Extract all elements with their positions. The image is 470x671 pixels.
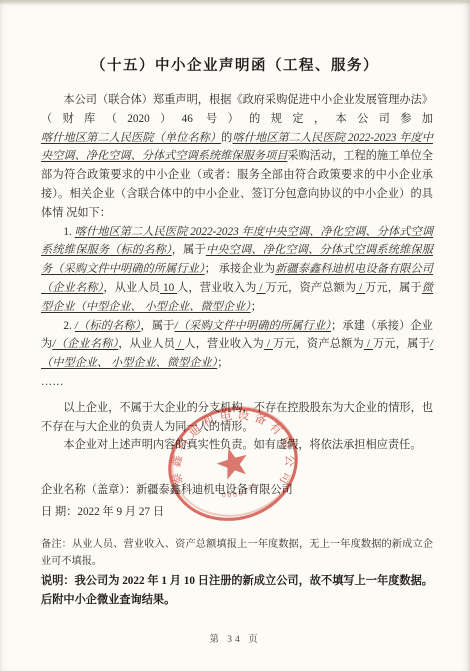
ellipsis-line: …… [41, 373, 433, 392]
static-text: ，属于 [141, 320, 175, 332]
static-text: ； 承接企业为 [205, 263, 276, 275]
static-text: 万元，资产总额为 [265, 282, 356, 294]
filled-field: 喀什地区第二人民医院（单位名称） [41, 132, 221, 144]
filled-field: /（采购文件中明确的所属行业） [175, 320, 332, 332]
closing-paragraph-2: 本企业对上述声明内容的真实性负责。如有虚假，将依法承担相应责任。 [41, 436, 433, 455]
explanation-note: 说明：我公司为 2022 年 1 月 10 日注册的新成立公司，故不填写上一年度… [41, 572, 433, 609]
static-text: 人，营业收入为 [184, 338, 264, 350]
filled-field: / [175, 338, 184, 350]
filled-field: / [264, 338, 273, 350]
remark-note: 备注：从业人员、营业收入、资产总额填报上一年度数据，无上一年度数据的新成立企业可… [41, 537, 433, 570]
document-body: 本公司（联合体）郑重声明，根据《政府采购促进中小企业发展管理办法》（财库（202… [41, 91, 433, 455]
page-title: （十五）中小企业声明函（工程、服务） [40, 54, 430, 75]
filled-field: / [356, 282, 365, 294]
static-text: 本公司（联合体）郑重声明，根据《政府采购促进中小企业发展管理办法》（财库（202… [41, 94, 433, 125]
static-text: 2. [63, 320, 74, 332]
filled-field: /（标的名称） [75, 320, 141, 332]
company-name-line: 企业名称（盖章）：新疆泰鑫科迪机电设备有限公司 [41, 479, 433, 501]
filled-field: / [364, 338, 373, 350]
static-text: ； [251, 301, 262, 313]
page-number-footer: 第 34 页 [0, 631, 470, 645]
filled-field: 10 [160, 282, 177, 294]
closing-paragraph-1: 以上企业，不属于大企业的分支机构，不存在控股股东为大企业的情形，也不存在与大企业… [41, 399, 433, 437]
intro-paragraph: 本公司（联合体）郑重声明，根据《政府采购促进中小企业发展管理办法》（财库（202… [41, 91, 433, 223]
static-text: ，属于 [172, 244, 206, 256]
static-text: ，从业人员 [118, 338, 175, 350]
notes-block: 备注：从业人员、营业收入、资产总额填报上一年度数据，无上一年度数据的新成立企业可… [41, 537, 433, 609]
item-2-paragraph: 2. /（标的名称），属于/（采购文件中明确的所属行业）；承建（承接）企业为/（… [41, 317, 433, 373]
static-text: 万元，属于 [373, 338, 430, 350]
static-text: 人，营业收入为 [177, 282, 256, 294]
static-text: 1. [63, 226, 74, 238]
static-text: 的 [221, 132, 232, 144]
filled-field: /（企业名称） [52, 338, 118, 350]
static-text: ； [217, 357, 228, 369]
static-text: ，从业人员 [103, 282, 160, 294]
static-text: 万元，资产总额为 [273, 338, 364, 350]
date-line: 日 期：2022 年 9 月 27 日 [41, 501, 433, 523]
document-page: （十五）中小企业声明函（工程、服务） 本公司（联合体）郑重声明，根据《政府采购促… [0, 0, 470, 671]
signature-block: 企业名称（盖章）：新疆泰鑫科迪机电设备有限公司 日 期：2022 年 9 月 2… [41, 479, 433, 523]
static-text: 万元，属于 [365, 282, 422, 294]
item-1-paragraph: 1. 喀什地区第二人民医院 2022-2023 年度中央空调、净化空调、分体式空… [41, 223, 433, 317]
